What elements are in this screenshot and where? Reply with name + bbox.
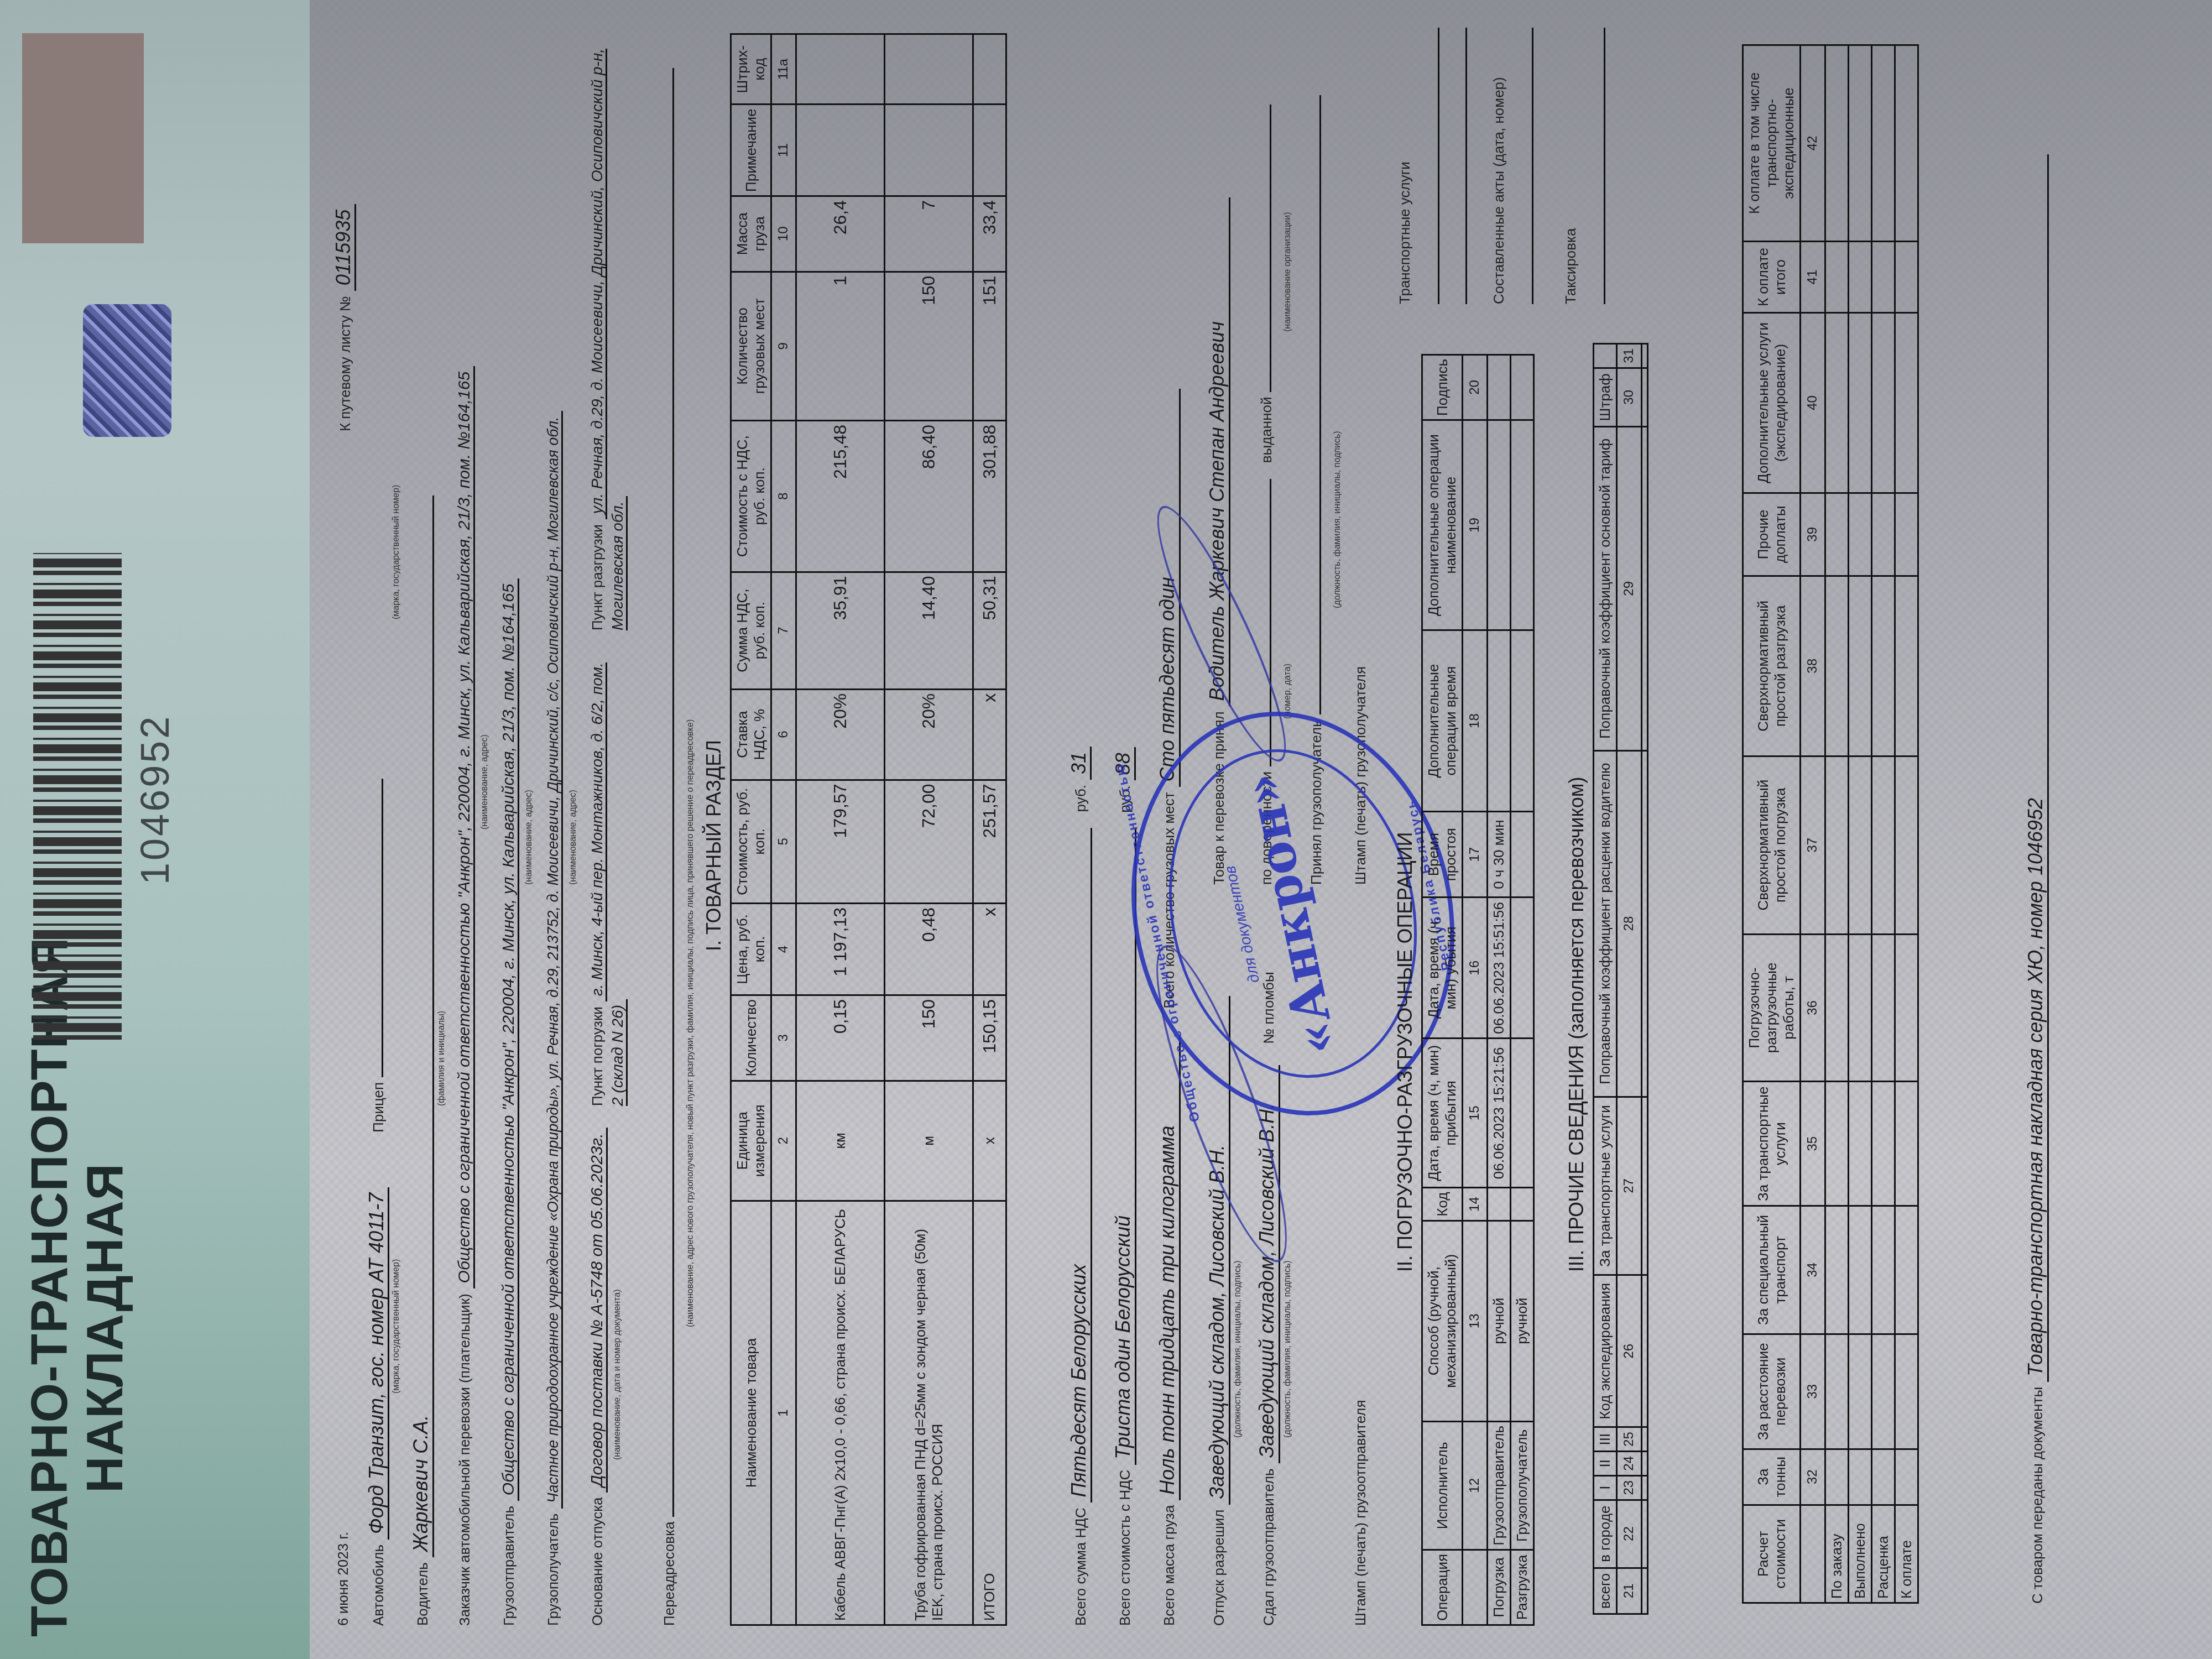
cost-column-number: 38 [1801, 576, 1825, 756]
table-cell[interactable] [1849, 1082, 1872, 1206]
other-info-column-header: Штраф [1594, 368, 1617, 426]
table-cell[interactable] [1872, 576, 1895, 756]
table-cell[interactable] [1872, 1082, 1895, 1206]
table-cell[interactable]: 72,00 [885, 780, 973, 903]
table-cell[interactable] [1872, 313, 1895, 493]
table-cell[interactable] [1511, 420, 1534, 630]
table-cell[interactable]: 150 [885, 995, 973, 1081]
ops-column-header: Исполнитель [1422, 1421, 1463, 1550]
cost-column-number: 33 [1801, 1334, 1825, 1449]
ops-column-number: 14 [1463, 1188, 1488, 1220]
table-cell[interactable]: ручной [1511, 1220, 1534, 1421]
table-cell[interactable] [1488, 1188, 1511, 1220]
table-row: Кабель АВВГ-Пнг(А) 2х10,0 - 0,66, страна… [796, 34, 885, 1625]
table-cell[interactable] [1825, 1206, 1849, 1334]
other-info-column-number: 25 [1617, 1427, 1642, 1452]
cost-column-header: За тонны [1743, 1449, 1801, 1505]
table-cell[interactable]: х [973, 903, 1006, 995]
goods-column-number: 7 [771, 572, 796, 689]
table-cell[interactable] [1642, 1097, 1648, 1275]
ops-column-number: 18 [1463, 630, 1488, 812]
cost-column-number: 34 [1801, 1206, 1825, 1334]
blank-number: 1046952 [133, 714, 178, 885]
table-cell[interactable] [1511, 898, 1534, 1039]
other-info-column-number: 27 [1617, 1097, 1642, 1275]
goods-column-number: 2 [771, 1081, 796, 1201]
table-cell[interactable] [1849, 1449, 1872, 1505]
table-cell[interactable] [1825, 576, 1849, 756]
table-cell[interactable] [796, 105, 885, 196]
goods-column-header: Масса груза [731, 196, 771, 272]
shipper-stamp-label: Штамп (печать) грузоотправителя [1349, 1400, 1370, 1626]
table-cell[interactable] [1895, 576, 1918, 756]
goods-column-header: Цена, руб. коп. [731, 903, 771, 995]
cost-column-header: За расстояние перевозки [1743, 1334, 1801, 1449]
table-cell[interactable] [1872, 934, 1895, 1081]
table-cell[interactable] [973, 105, 1006, 196]
other-info-column-number: 21 [1617, 1568, 1642, 1614]
other-info-column-number: 31 [1617, 344, 1642, 368]
table-cell[interactable]: 150 [885, 272, 973, 420]
hologram-icon [83, 304, 171, 437]
readdress-field: Переадресовка [658, 68, 679, 1626]
waybill-document: ТОВАРНО-ТРАНСПОРТНАЯ НАКЛАДНАЯ 1046952 К… [0, 0, 2212, 1659]
table-cell[interactable]: 251,57 [973, 780, 1006, 903]
table-cell[interactable]: 26,4 [796, 196, 885, 272]
table-cell[interactable]: м [885, 1081, 973, 1201]
table-cell[interactable]: 33,4 [973, 196, 1006, 272]
other-info-column-number: 28 [1617, 750, 1642, 1097]
table-cell[interactable]: 06.06.2023 15:21:56 [1488, 1039, 1511, 1188]
row-label: Расценка [1872, 1505, 1895, 1603]
vehicle-value[interactable]: Форд Транзит, гос. номер АТ 4011-7 [365, 1187, 389, 1540]
ops-column-number: 16 [1463, 898, 1488, 1039]
ops-column-number: 20 [1463, 355, 1488, 420]
cost-column-header: К оплате итого [1743, 241, 1801, 312]
table-cell[interactable]: 179,57 [796, 780, 885, 903]
table-cell[interactable]: 06.06.2023 15:51:56 [1488, 898, 1511, 1039]
driver-value[interactable]: Жаркевич С.А. [409, 495, 434, 1557]
other-info-column-number: 24 [1617, 1451, 1642, 1475]
table-cell[interactable] [1849, 756, 1872, 934]
cost-column-number: 42 [1801, 45, 1825, 242]
goods-column-number: 11а [771, 34, 796, 105]
total-vat-words[interactable]: Пятьдесят Белорусских [1067, 828, 1092, 1503]
table-cell[interactable] [1872, 1334, 1895, 1449]
table-cell[interactable] [1872, 1449, 1895, 1505]
issued-value[interactable] [1270, 105, 1271, 392]
table-cell[interactable] [885, 105, 973, 196]
table-cell[interactable] [1642, 1427, 1648, 1452]
table-cell[interactable] [1849, 1334, 1872, 1449]
table-cell[interactable]: Грузоотправитель [1488, 1421, 1511, 1550]
ops-column-header: Дополнительные операции время [1422, 630, 1463, 812]
cost-column-number: 40 [1801, 313, 1825, 493]
table-cell[interactable] [1642, 344, 1648, 368]
other-info-table: всегов городеIIIIIIКод экспедированияЗа … [1593, 343, 1648, 1615]
goods-column-number: 3 [771, 995, 796, 1081]
table-cell[interactable]: Грузополучатель [1511, 1421, 1534, 1550]
loading-ops-title: II. ПОГРУЗОЧНО-РАЗГРУЗОЧНЫЕ ОПЕРАЦИИ [1394, 832, 1417, 1272]
table-cell[interactable] [1511, 1188, 1534, 1220]
ops-column-header: Код [1422, 1188, 1463, 1220]
other-info-column-header [1594, 344, 1617, 368]
customer-field: Заказчик автомобильной перевозки (плател… [453, 366, 474, 1626]
cost-column-number: 32 [1801, 1449, 1825, 1505]
table-cell[interactable]: 150,15 [973, 995, 1006, 1081]
table-cell[interactable]: 14,40 [885, 572, 973, 689]
table-cell[interactable] [1511, 630, 1534, 812]
table-cell[interactable] [1825, 1449, 1849, 1505]
cost-column-header: Расчет стоимости [1743, 1505, 1801, 1603]
goods-header-row: Наименование товараЕдиница измеренияКоли… [731, 34, 771, 1625]
goods-table: Наименование товараЕдиница измеренияКоли… [730, 33, 1007, 1626]
table-cell[interactable]: 50,31 [973, 572, 1006, 689]
table-cell[interactable] [796, 34, 885, 105]
cost-column-header: Сверхнормативный простой погрузка [1743, 756, 1801, 934]
table-cell[interactable] [1642, 1275, 1648, 1427]
table-cell[interactable] [1642, 368, 1648, 426]
goods-column-header: Сумма НДС, руб. коп. [731, 572, 771, 689]
table-cell[interactable] [1872, 1206, 1895, 1334]
ops-column-number: 15 [1463, 1039, 1488, 1188]
table-cell[interactable] [1849, 241, 1872, 312]
shipper-field: Грузоотправитель Общество с ограниченной… [498, 578, 518, 1626]
goods-column-number: 5 [771, 780, 796, 903]
table-row: Выполнено [1849, 45, 1872, 1603]
table-cell[interactable]: 35,91 [796, 572, 885, 689]
table-cell[interactable] [1642, 1451, 1648, 1475]
ops-column-number: 19 [1463, 420, 1488, 630]
table-cell[interactable]: 20% [885, 689, 973, 780]
loading-point-field: Пункт погрузки г. Минск, 4-ый пер. Монта… [586, 653, 627, 1106]
goods-total-row: ИТОГОх150,15х251,57х50,31301,8815133,4 [973, 34, 1006, 1625]
other-info-column-header: I [1594, 1475, 1617, 1500]
goods-column-number: 10 [771, 196, 796, 272]
table-cell[interactable] [1895, 1082, 1918, 1206]
table-cell[interactable]: Разгрузка [1511, 1550, 1534, 1625]
table-cell[interactable] [1825, 756, 1849, 934]
table-cell[interactable]: 301,88 [973, 421, 1006, 572]
basis-value[interactable]: Договор поставки № А-5748 от 05.06.2023г… [588, 1128, 608, 1492]
table-cell[interactable]: 1 197,13 [796, 903, 885, 995]
goods-column-number: 8 [771, 421, 796, 572]
docs-value[interactable]: Товарно-транспортная накладная серия ХЮ,… [2024, 154, 2049, 1382]
goods-column-number: 9 [771, 272, 796, 420]
table-cell[interactable] [1825, 313, 1849, 493]
table-row: Расценка [1872, 45, 1895, 1603]
table-cell[interactable]: 0 ч 30 мин [1488, 811, 1511, 898]
basis-field: Основание отпуска Договор поставки № А-5… [586, 1128, 607, 1626]
other-info-column-header: За транспортные услуги [1594, 1097, 1617, 1275]
cost-column-number: 39 [1801, 493, 1825, 576]
ops-column-number: 13 [1463, 1220, 1488, 1421]
table-cell[interactable] [1849, 313, 1872, 493]
table-cell[interactable] [1872, 756, 1895, 934]
cost-column-header: К оплате в том числе транспортно-экспеди… [1743, 45, 1801, 242]
other-info-column-header: II [1594, 1451, 1617, 1475]
goods-column-header: Единица измерения [731, 1081, 771, 1201]
table-row: РазгрузкаГрузополучательручной [1511, 355, 1534, 1625]
table-cell[interactable]: 151 [973, 272, 1006, 420]
table-row: По заказу [1825, 45, 1849, 1603]
cost-column-header: Погрузочно-разгрузочные работы, т [1743, 934, 1801, 1081]
vehicle-field: Автомобиль Форд Транзит, гос. номер АТ 4… [365, 779, 388, 1626]
customer-value[interactable]: Общество с ограниченной ответственностью… [455, 366, 475, 1289]
table-cell[interactable]: 1 [796, 272, 885, 420]
table-cell[interactable] [1511, 1039, 1534, 1188]
goods-column-header: Стоимость, руб. коп. [731, 780, 771, 903]
goods-column-header: Ставка НДС, % [731, 689, 771, 780]
acts-label: Составленные акты (дата, номер) [1488, 77, 1508, 304]
goods-column-number: 1 [771, 1201, 796, 1625]
table-row: ПогрузкаГрузоотправительручной06.06.2023… [1488, 355, 1511, 1625]
table-row: Труба гофрированная ПНД d=25мм с зондом … [885, 34, 973, 1625]
cost-column-header: За транспортные услуги [1743, 1082, 1801, 1206]
cost-column-number [1801, 1505, 1825, 1603]
table-cell[interactable] [1642, 750, 1648, 1097]
table-cell[interactable] [885, 34, 973, 105]
barcode-icon [33, 553, 122, 1040]
row-label: По заказу [1825, 1505, 1849, 1603]
table-cell[interactable]: ручной [1488, 1220, 1511, 1421]
table-cell[interactable] [1642, 1568, 1648, 1614]
goods-column-number: 4 [771, 903, 796, 995]
cost-calc-table: Расчет стоимостиЗа тонныЗа расстояние пе… [1742, 44, 1919, 1604]
ops-column-header: Дополнительные операции наименование [1422, 420, 1463, 630]
waybill-ref: К путевому листу № 0115935 [332, 204, 355, 431]
table-cell[interactable] [1488, 355, 1511, 420]
tariff-label: Таксировка [1559, 228, 1580, 304]
table-cell[interactable] [1872, 45, 1895, 242]
driver-field: Водитель Жаркевич С.А. [409, 495, 434, 1626]
other-info-column-number: 30 [1617, 368, 1642, 426]
ops-column-number: 12 [1463, 1421, 1488, 1550]
table-cell[interactable] [1895, 756, 1918, 934]
goods-column-header: Штрих-код [731, 34, 771, 105]
cost-column-number: 41 [1801, 241, 1825, 312]
table-cell[interactable]: 0,15 [796, 995, 885, 1081]
consignee-field: Грузополучатель Частное природоохранное … [542, 411, 562, 1626]
ops-column-number: 17 [1463, 811, 1488, 898]
table-cell[interactable] [1895, 1206, 1918, 1334]
table-cell[interactable] [1642, 426, 1648, 750]
table-cell[interactable] [1895, 1334, 1918, 1449]
cost-column-header: За специальный транспорт [1743, 1206, 1801, 1334]
table-cell[interactable] [1488, 630, 1511, 812]
trailer-value[interactable] [382, 779, 383, 1077]
total-cost-words[interactable]: Триста один Белорусский [1112, 829, 1136, 1465]
table-cell[interactable]: х [973, 689, 1006, 780]
table-cell[interactable]: 7 [885, 196, 973, 272]
table-cell[interactable] [1642, 1475, 1648, 1500]
ops-column-header: Операция [1422, 1550, 1463, 1625]
table-cell[interactable]: 215,48 [796, 421, 885, 572]
document-edge-patch [22, 33, 144, 243]
table-cell[interactable] [1872, 493, 1895, 576]
table-cell[interactable] [1825, 45, 1849, 242]
table-cell[interactable]: 20% [796, 689, 885, 780]
table-cell[interactable] [1895, 934, 1918, 1081]
shipper-value[interactable]: Общество с ограниченной ответственностью… [499, 578, 519, 1501]
cost-column-header: Прочие доплаты [1743, 493, 1801, 576]
readdress-value[interactable] [672, 68, 674, 1517]
goods-column-header: Примечание [731, 105, 771, 196]
consignee-value[interactable]: Частное природоохранное учреждение «Охра… [545, 411, 563, 1508]
table-cell[interactable]: Труба гофрированная ПНД d=25мм с зондом … [885, 1201, 973, 1625]
table-cell[interactable] [1872, 241, 1895, 312]
goods-column-header: Количество [731, 995, 771, 1081]
total-vat-digits[interactable]: 31 [1067, 747, 1092, 780]
table-cell[interactable] [1895, 313, 1918, 493]
table-cell[interactable]: км [796, 1081, 885, 1201]
row-label: Выполнено [1849, 1505, 1872, 1603]
docs-field: С товаром переданы документы Товарно-тра… [2024, 154, 2049, 1604]
other-info-column-number: 23 [1617, 1475, 1642, 1500]
cost-column-header: Дополнительные услуги (экспедирование) [1743, 313, 1801, 493]
table-cell[interactable] [1849, 45, 1872, 242]
other-info-column-header: Поправочный коэффициент основной тариф [1594, 426, 1617, 750]
goods-body: Кабель АВВГ-Пнг(А) 2х10,0 - 0,66, страна… [796, 34, 1006, 1625]
cost-column-number: 37 [1801, 756, 1825, 934]
row-label: К оплате [1895, 1505, 1918, 1603]
other-info-column-header: всего [1594, 1568, 1617, 1614]
total-mass-words[interactable]: Ноль тонн тридцать три килограмма [1156, 1036, 1181, 1500]
transport-services-label: Транспортные услуги [1394, 161, 1414, 304]
goods-column-number: 11 [771, 105, 796, 196]
table-cell[interactable] [1825, 493, 1849, 576]
goods-number-row: 123456789101111а [771, 34, 796, 1625]
goods-column-header: Наименование товара [731, 1201, 771, 1625]
other-info-column-header: III [1594, 1427, 1617, 1452]
table-cell[interactable] [1895, 241, 1918, 312]
other-info-column-header: Код экспедирования [1594, 1275, 1617, 1427]
waybill-number[interactable]: 0115935 [332, 204, 356, 291]
cost-column-header: Сверхнормативный простой разгрузка [1743, 576, 1801, 756]
table-cell[interactable] [1825, 1082, 1849, 1206]
other-info-column-number: 22 [1617, 1500, 1642, 1568]
unloading-point-field: Пункт разгрузки ул. Речная, д.29, д. Мои… [586, 22, 627, 630]
table-cell[interactable] [1511, 811, 1534, 898]
table-cell[interactable] [1511, 355, 1534, 420]
ops-column-header: Способ (ручной, механизированный) [1422, 1220, 1463, 1421]
table-cell[interactable]: 86,40 [885, 421, 973, 572]
ops-column-number [1463, 1550, 1488, 1625]
table-cell[interactable]: х [973, 1081, 1006, 1201]
ops-column-header: Время простоя [1422, 811, 1463, 898]
table-cell[interactable] [1849, 576, 1872, 756]
other-info-column-number: 26 [1617, 1275, 1642, 1427]
table-cell[interactable]: Кабель АВВГ-Пнг(А) 2х10,0 - 0,66, страна… [796, 1201, 885, 1625]
received-value[interactable] [1319, 95, 1321, 714]
document-date: 6 июня 2023 г. [332, 1532, 352, 1626]
table-cell[interactable] [1895, 45, 1918, 242]
goods-column-header: Стоимость с НДС, руб. коп. [731, 421, 771, 572]
table-cell[interactable] [1825, 241, 1849, 312]
document-title: ТОВАРНО-ТРАНСПОРТНАЯ НАКЛАДНАЯ [22, 937, 133, 1637]
table-cell[interactable] [1825, 934, 1849, 1081]
table-cell[interactable] [1895, 493, 1918, 576]
goods-column-number: 6 [771, 689, 796, 780]
table-cell[interactable] [1895, 1449, 1918, 1505]
table-cell[interactable]: 0,48 [885, 903, 973, 995]
other-info-column-header: в городе [1594, 1500, 1617, 1568]
other-info-column-header: Поправочный коэффициент расценки водител… [1594, 750, 1617, 1097]
table-cell[interactable] [1642, 1500, 1648, 1568]
table-cell[interactable] [1849, 1206, 1872, 1334]
table-cell[interactable] [1849, 493, 1872, 576]
table-cell[interactable] [1825, 1334, 1849, 1449]
table-cell[interactable] [973, 34, 1006, 105]
goods-section-title: I. ТОВАРНЫЙ РАЗДЕЛ [702, 740, 726, 951]
total-vat-field: Всего сумма НДС Пятьдесят Белорусских ру… [1067, 747, 1092, 1626]
other-info-title: III. ПРОЧИЕ СВЕДЕНИЯ (заполняется перево… [1565, 777, 1588, 1272]
table-row: К оплате [1895, 45, 1918, 1603]
other-info-column-number: 29 [1617, 426, 1642, 750]
ops-column-header: Дата, время (ч, мин) убытия [1422, 898, 1463, 1039]
ops-column-header: Подпись [1422, 355, 1463, 420]
goods-column-header: Количество грузовых мест [731, 272, 771, 420]
cost-column-number: 35 [1801, 1082, 1825, 1206]
table-cell[interactable]: ИТОГО [973, 1201, 1006, 1625]
table-cell[interactable] [1488, 420, 1511, 630]
ops-column-header: Дата, время (ч, мин) прибытия [1422, 1039, 1463, 1188]
table-cell[interactable]: Погрузка [1488, 1550, 1511, 1625]
cost-column-number: 36 [1801, 934, 1825, 1081]
table-cell[interactable] [1849, 934, 1872, 1081]
loading-ops-table: ОперацияИсполнительСпособ (ручной, механ… [1421, 354, 1535, 1626]
